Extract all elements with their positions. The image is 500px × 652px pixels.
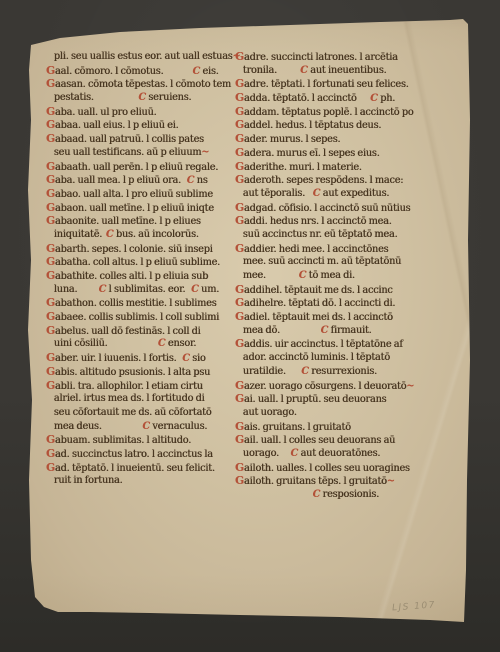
text-line: Gad. succinctus latro. l accinctus la <box>46 447 250 461</box>
line-text: ad. succinctus latro. l accinctus la <box>55 449 213 460</box>
line-gap <box>280 332 321 333</box>
rubric-initial: G <box>46 433 55 446</box>
line-text: aasan. cōmota tēpestas. l cōmoto tem <box>55 79 231 90</box>
text-line: Gaal. cōmoro. l cōmotus.C eis. <box>46 64 250 78</box>
rubric-initial: G <box>235 91 244 104</box>
line-text: azer. uorago cōsurgens. l deuoratō <box>244 381 406 392</box>
line-gap <box>94 99 139 100</box>
line-text: ns <box>194 175 207 186</box>
line-gap <box>163 73 192 74</box>
line-gap <box>277 72 300 73</box>
line-text: seu uall testificans. aū p eliuum <box>54 147 202 158</box>
line-gap <box>46 400 54 401</box>
text-line: suū accinctus nr. eū tēptatō mea. <box>235 228 456 242</box>
rubric-initial: G <box>46 351 55 364</box>
line-gap <box>235 277 243 278</box>
rubric-paragraph-mark: C <box>300 65 308 76</box>
line-gap <box>235 72 243 73</box>
line-gap <box>107 345 157 346</box>
line-gap <box>46 58 54 59</box>
line-text: abatha. coll altus. l p eliuū sublime. <box>55 257 220 268</box>
line-text: aut deuoratōnes. <box>298 448 380 459</box>
rubric-initial: G <box>235 392 244 405</box>
text-line: Gadre. tēptati. l fortunati seu felices. <box>235 77 456 91</box>
text-line: Gabis. altitudo psusionis. l alta psu <box>46 365 250 379</box>
text-line: mee.C tō mea di. <box>235 269 456 283</box>
rubric-initial: G <box>46 77 55 90</box>
line-text: luna. <box>54 284 78 295</box>
line-text: abathite. colles alti. l p eliuia sub <box>55 271 208 282</box>
rubric-initial: G <box>235 337 244 350</box>
rubric-initial: G <box>46 310 55 323</box>
line-text: abaad. uall patruū. l collis pates <box>55 134 204 145</box>
rubric-initial: G <box>235 146 244 159</box>
text-line: Gadihelre. tēptati dō. l accincti di. <box>235 296 456 310</box>
line-text: pli. seu uallis estus eor. aut uall estu… <box>54 51 233 62</box>
text-line: seu cōfortauit me ds. aū cōfortatō <box>46 406 250 420</box>
line-text: ais. gruitans. l gruitatō <box>244 422 351 433</box>
line-text: bus. aū incolorūs. <box>113 229 198 240</box>
line-text: mee. suū accincti m. aū tēptatōnū <box>243 256 401 267</box>
line-gap <box>279 455 291 456</box>
rubric-initial: G <box>46 324 55 337</box>
rubric-initial: G <box>46 187 55 200</box>
line-gap <box>235 455 243 456</box>
rubric-initial: G <box>235 283 244 296</box>
rubric-initial: G <box>235 379 244 392</box>
text-line: Gad. tēptatō. l inueientū. seu felicit. <box>46 461 250 475</box>
line-gap <box>235 332 243 333</box>
text-line: Gabathon. collis mestitie. l sublimes <box>46 296 250 310</box>
line-text: ph. <box>378 93 395 104</box>
rubric-paragraph-mark: C <box>138 92 146 103</box>
text-line: Gai. uall. l pruptū. seu deuorans <box>235 392 456 406</box>
line-text: abaath. uall perēn. l p eliuū regale. <box>55 162 218 173</box>
line-text: addihel. tēptauit me ds. l accinc <box>244 285 393 296</box>
line-text: ader. murus. l sepes. <box>244 134 340 145</box>
rubric-initial: G <box>46 214 55 227</box>
rubric-initial: G <box>235 474 244 487</box>
text-line: seu uall testificans. aū p eliuum~ <box>46 146 250 160</box>
text-line: Gaba. uall mea. l p eliuū ora.C ns <box>46 173 250 187</box>
rubric-initial: G <box>235 296 244 309</box>
rubric-initial: G <box>235 214 244 227</box>
text-line: Gaddihel. tēptauit me ds. l accinc <box>235 283 456 297</box>
rubric-paragraph-mark: C <box>99 284 107 295</box>
line-gap <box>305 195 313 196</box>
line-text: tronila. <box>243 65 277 76</box>
line-text: abao. uall alta. l pro eliuū sublime <box>55 189 213 200</box>
photo-background: pli. seu uallis estus eor. aut uall estu… <box>0 0 500 652</box>
line-text: adre. succincti latrones. l arcētia <box>244 52 398 63</box>
line-gap <box>266 277 299 278</box>
rubric-initial: G <box>46 105 55 118</box>
rubric-paragraph-mark: C <box>187 175 195 186</box>
line-text: abelus. uall dō festinās. l coll di <box>55 326 201 337</box>
line-text: sio <box>190 353 206 364</box>
rubric-initial: G <box>46 255 55 268</box>
line-text: addam. tēptatus poplē. l accinctō po <box>244 107 413 118</box>
manuscript-leaf: pli. seu uallis estus eor. aut uall estu… <box>0 0 500 652</box>
text-line: Gadda. tēptatō. l accinctōC ph. <box>235 91 456 105</box>
text-line: Gaddier. hedi mee. l accinctōnes <box>235 242 456 256</box>
text-line: Gabaath. uall perēn. l p eliuū regale. <box>46 160 250 174</box>
line-text: resurrexionis. <box>309 366 377 377</box>
line-text: abarth. sepes. l colonie. siū insepi <box>55 244 213 255</box>
text-line: Gail. uall. l colles seu deuorans aū <box>235 433 456 447</box>
line-text: adiel. tēptauit mei ds. l accinctō <box>244 312 393 323</box>
line-text: abaon. uall metīne. l p eliuū iniqte <box>55 203 214 214</box>
text-line: pestatis.C seruiens. <box>46 91 250 105</box>
line-text: uini cōsiliū. <box>54 338 108 349</box>
text-line: Gabaa. uall eius. l p eliuū ei. <box>46 118 250 132</box>
rubric-initial: G <box>235 50 244 63</box>
line-text: aderoth. sepes respōdens. l mace: <box>244 175 403 186</box>
rubric-initial: G <box>235 433 244 446</box>
line-text: abathon. collis mestitie. l sublimes <box>55 298 216 309</box>
rubric-paragraph-mark: ~ <box>406 381 414 392</box>
rubric-initial: G <box>46 296 55 309</box>
rubric-initial: G <box>46 242 55 255</box>
rubric-initial: G <box>46 201 55 214</box>
text-line: Gabli. tra. allophilor. l etiam cirtu <box>46 379 250 393</box>
line-text: addi. hedus nrs. l accinctō mea. <box>244 216 392 227</box>
line-gap <box>235 195 243 196</box>
text-line: Gaddel. hedus. l tēptatus deus. <box>235 118 456 132</box>
line-text: aber. uir. l iuuenis. l fortis. <box>55 353 176 364</box>
rubric-initial: G <box>46 64 55 77</box>
line-text: firmauit. <box>328 325 371 336</box>
rubric-initial: G <box>235 105 244 118</box>
line-gap <box>235 496 313 497</box>
text-line: Gabao. uall alta. l pro eliuū sublime <box>46 187 250 201</box>
line-gap <box>46 345 54 346</box>
rubric-paragraph-mark: C <box>192 66 200 77</box>
line-text: ad. tēptatō. l inueientū. seu felicit. <box>55 463 215 474</box>
text-line: Gabatha. coll altus. l p eliuū sublime. <box>46 255 250 269</box>
text-line: mea dō.C firmauit. <box>235 324 456 338</box>
line-text: iniquitatē. <box>54 229 102 240</box>
line-gap <box>46 99 54 100</box>
text-line: pli. seu uallis estus eor. aut uall estu… <box>46 50 250 64</box>
line-gap <box>46 428 54 429</box>
line-text: ailoth. gruitans tēps. l gruitatō <box>244 476 387 487</box>
line-text: abaa. uall eius. l p eliuū ei. <box>55 120 178 131</box>
line-gap <box>235 236 243 237</box>
line-text: adgad. cōfisio. l accinctō suū nūtius <box>244 203 410 214</box>
text-line: Gais. gruitans. l gruitatō <box>235 420 456 434</box>
rubric-initial: G <box>46 447 55 460</box>
line-text: suū accinctus nr. eū tēptatō mea. <box>243 229 398 240</box>
rubric-initial: G <box>46 160 55 173</box>
line-text: abis. altitudo psusionis. l alta psu <box>55 367 210 378</box>
line-text: mea deus. <box>54 421 102 432</box>
rubric-paragraph-mark: C <box>142 421 150 432</box>
text-line: Gadgad. cōfisio. l accinctō suū nūtius <box>235 201 456 215</box>
text-line: Gabathite. colles alti. l p eliuia sub <box>46 269 250 283</box>
line-gap <box>46 482 54 483</box>
text-column-right: Gadre. succincti latrones. l arcētiatron… <box>235 50 456 502</box>
line-text: abaee. collis sublimis. l coll sublimi <box>55 312 219 323</box>
rubric-paragraph-mark: C <box>291 448 299 459</box>
text-line: uorago.C aut deuoratōnes. <box>235 447 456 461</box>
text-line: Gaddi. hedus nrs. l accinctō mea. <box>235 214 456 228</box>
line-text: adda. tēptatō. l accinctō <box>244 93 357 104</box>
text-line: mea deus.C vernaculus. <box>46 420 250 434</box>
text-line: Gaderithe. muri. l materie. <box>235 160 456 174</box>
line-text: seruiens. <box>146 92 191 103</box>
rubric-paragraph-mark: ~ <box>201 147 209 158</box>
line-gap <box>46 414 54 415</box>
line-gap <box>235 263 243 264</box>
line-text: mea dō. <box>243 325 280 336</box>
line-text: uorago. <box>243 448 279 459</box>
text-line: aut uorago. <box>235 406 456 420</box>
text-line: Gaddam. tēptatus poplē. l accinctō po <box>235 105 456 119</box>
text-line: Gadre. succincti latrones. l arcētia <box>235 50 456 64</box>
text-line: Gabaon. uall metīne. l p eliuū iniqte <box>46 201 250 215</box>
text-line: Gailoth. ualles. l colles seu uoragines <box>235 461 456 475</box>
line-text: addis. uir accinctus. l tēptatōne af <box>244 339 403 350</box>
line-text: abli. tra. allophilor. l etiam cirtu <box>55 381 203 392</box>
line-text: aut tēporalis. <box>243 188 305 199</box>
text-line: Gadera. murus eī. l sepes eius. <box>235 146 456 160</box>
rubric-initial: G <box>46 118 55 131</box>
text-line: Gailoth. gruitans tēps. l gruitatō~ <box>235 474 456 488</box>
rubric-initial: G <box>46 132 55 145</box>
rubric-initial: G <box>46 269 55 282</box>
line-text: ruit in fortuna. <box>54 475 123 486</box>
text-line: ador. accinctō luminis. l tēptatō <box>235 351 456 365</box>
rubric-initial: G <box>235 173 244 186</box>
rubric-initial: G <box>46 461 55 474</box>
rubric-initial: G <box>235 118 244 131</box>
line-gap <box>235 373 243 374</box>
line-text: aba. uall mea. l p eliuū ora. <box>55 175 181 186</box>
rubric-initial: G <box>235 77 244 90</box>
line-text: aut expeditus. <box>320 188 389 199</box>
line-text: eis. <box>200 66 219 77</box>
line-text: adihelre. tēptati dō. l accincti di. <box>244 298 395 309</box>
line-text: mee. <box>243 270 266 281</box>
rubric-initial: G <box>235 132 244 145</box>
text-line: luna.C l sublimitas. eor.C um. <box>46 283 250 297</box>
rubric-initial: G <box>46 173 55 186</box>
rubric-initial: G <box>235 160 244 173</box>
line-text: vernaculus. <box>150 421 207 432</box>
line-text: abuam. sublimitas. l altitudo. <box>55 435 191 446</box>
rubric-initial: G <box>235 420 244 433</box>
line-text: aut uorago. <box>243 407 297 418</box>
line-gap <box>77 291 98 292</box>
line-text: adre. tēptati. l fortunati seu felices. <box>244 79 409 90</box>
line-text: resposionis. <box>320 489 379 500</box>
line-gap <box>102 428 143 429</box>
line-text: pestatis. <box>54 92 94 103</box>
text-line: Gazer. uorago cōsurgens. l deuoratō~ <box>235 379 456 393</box>
text-line: mee. suū accincti m. aū tēptatōnū <box>235 255 456 269</box>
line-text: alriel. irtus mea ds. l fortitudo di <box>54 393 205 404</box>
line-text: ai. uall. l pruptū. seu deuorans <box>244 394 386 405</box>
line-text: aderithe. muri. l materie. <box>244 162 362 173</box>
line-text: ensor. <box>165 338 196 349</box>
text-line: tronila.C aut ineuentibus. <box>235 64 456 78</box>
rubric-initial: G <box>46 379 55 392</box>
text-line: alriel. irtus mea ds. l fortitudo di <box>46 392 250 406</box>
text-line: iniquitatē.C bus. aū incolorūs. <box>46 228 250 242</box>
line-text: um. <box>199 284 219 295</box>
rubric-paragraph-mark: ~ <box>387 476 395 487</box>
rubric-paragraph-mark: C <box>313 489 321 500</box>
rubric-paragraph-mark: C <box>321 325 329 336</box>
rubric-paragraph-mark: C <box>301 366 309 377</box>
line-text: addel. hedus. l tēptatus deus. <box>244 120 381 131</box>
text-line: Gabaad. uall patruū. l collis pates <box>46 132 250 146</box>
text-line: Gabaonite. uall metīne. l p eliues <box>46 214 250 228</box>
text-line: Gaddis. uir accinctus. l tēptatōne af <box>235 337 456 351</box>
rubric-initial: G <box>235 310 244 323</box>
rubric-paragraph-mark: C <box>106 229 114 240</box>
text-line: ruit in fortuna. <box>46 474 250 488</box>
line-gap <box>357 100 371 101</box>
line-gap <box>235 414 243 415</box>
line-text: aba. uall. ul pro eliuū. <box>55 107 156 118</box>
line-gap <box>46 236 54 237</box>
text-line: Gadiel. tēptauit mei ds. l accinctō <box>235 310 456 324</box>
line-text: aut ineuentibus. <box>308 65 387 76</box>
text-line: Gaasan. cōmota tēpestas. l cōmoto tem <box>46 77 250 91</box>
text-line: Gabarth. sepes. l colonie. siū insepi <box>46 242 250 256</box>
text-line: Gabaee. collis sublimis. l coll sublimi <box>46 310 250 324</box>
line-text: abaonite. uall metīne. l p eliues <box>55 216 201 227</box>
line-text: tō mea di. <box>306 270 355 281</box>
line-gap <box>46 154 54 155</box>
rubric-initial: G <box>235 242 244 255</box>
line-gap <box>235 359 243 360</box>
line-text: l sublimitas. eor. <box>106 284 185 295</box>
text-line: Gader. murus. l sepes. <box>235 132 456 146</box>
text-line: uini cōsiliū.C ensor. <box>46 337 250 351</box>
rubric-paragraph-mark: C <box>313 188 321 199</box>
line-text: seu cōfortauit me ds. aū cōfortatō <box>54 407 212 418</box>
line-text: ail. uall. l colles seu deuorans aū <box>244 435 395 446</box>
rubric-initial: G <box>46 365 55 378</box>
text-line: Gaber. uir. l iuuenis. l fortis.C sio <box>46 351 250 365</box>
text-line: Gabuam. sublimitas. l altitudo. <box>46 433 250 447</box>
text-line: Gabelus. uall dō festinās. l coll di <box>46 324 250 338</box>
line-text: aal. cōmoro. l cōmotus. <box>55 66 163 77</box>
line-text: uratildie. <box>243 366 286 377</box>
text-line: aut tēporalis.C aut expeditus. <box>235 187 456 201</box>
line-text: ador. accinctō luminis. l tēptatō <box>243 352 390 363</box>
rubric-paragraph-mark: C <box>370 93 378 104</box>
line-text: adera. murus eī. l sepes eius. <box>244 148 380 159</box>
line-text: addier. hedi mee. l accinctōnes <box>244 244 388 255</box>
rubric-paragraph-mark: C <box>158 338 166 349</box>
text-line: uratildie.C resurrexionis. <box>235 365 456 379</box>
text-line: Gaba. uall. ul pro eliuū. <box>46 105 250 119</box>
text-line: Gaderoth. sepes respōdens. l mace: <box>235 173 456 187</box>
line-gap <box>46 291 54 292</box>
text-column-left: pli. seu uallis estus eor. aut uall estu… <box>46 50 250 488</box>
line-gap <box>286 373 302 374</box>
rubric-initial: G <box>235 201 244 214</box>
line-text: ailoth. ualles. l colles seu uoragines <box>244 463 410 474</box>
text-line: C resposionis. <box>235 488 456 502</box>
rubric-initial: G <box>235 461 244 474</box>
